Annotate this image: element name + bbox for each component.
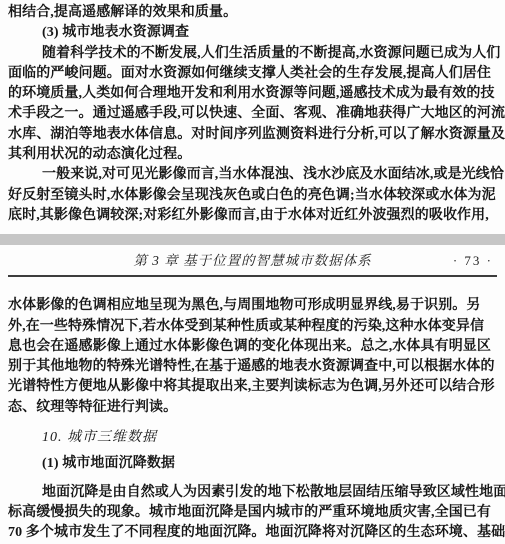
text-line: 其利用状况的动态演化过程。	[8, 145, 497, 165]
section-heading: 10. 城市三维数据	[8, 428, 497, 448]
text-line: 术手段之一。通过遥感手段,可以快速、全面、客观、准确地获得广大地区的河流、	[8, 104, 497, 124]
text-line: 光谱特性方便地从影像中将其提取出来,主要判读标志为色调,另外还可以结合形	[8, 377, 497, 397]
scanned-book-page: 相结合,提高遥感解译的效果和质量。 (3) 城市地表水资源调查 随着科学技术的不…	[0, 0, 505, 544]
page-bottom-content: 水体影像的色调相应地呈现为黑色,与周围地物可形成明显界线,易于识别。另 外,在一…	[0, 277, 505, 543]
text-line: 别于其他地物的特殊光谱特性,在基于遥感的地表水资源调查中,可以根据水体的	[8, 357, 497, 377]
text-line: 面临的严峻问题。面对水资源如何继续支撑人类社会的生存发展,提高人们居住	[8, 64, 497, 84]
text-line: 地面沉降是由自然或人为因素引发的地下松散地层固结压缩导致区域性地面	[8, 483, 497, 503]
text-line: 态、纹理等特征进行判读。	[8, 398, 497, 418]
text-line: 一般来说,对可见光影像而言,当水体混浊、浅水沙底及水面结冰,或是光线恰	[8, 165, 497, 185]
text-line: 好反射至镜头时,水体影像会呈现浅灰色或白色的亮色调;当水体较深或水体为泥	[8, 186, 497, 206]
text-line: 外,在一些特殊情况下,若水体受到某种性质或某种程度的污染,这种水体变异信	[8, 317, 497, 337]
running-header: 第 3 章 基于位置的智慧城市数据体系 · 73 ·	[0, 251, 505, 271]
page-gutter-divider	[0, 234, 505, 245]
text-line: 的环境质量,人类如何合理地开发和利用水资源等问题,遥感技术成为最有效的技	[8, 84, 497, 104]
text-line: 底时,其影像色调较深;对彩红外影像而言,由于水体对近红外波强烈的吸收作用,	[8, 206, 497, 226]
chapter-title: 第 3 章 基于位置的智慧城市数据体系	[133, 253, 371, 268]
text-line: 息也会在遥感影像上通过水体影像色调的变化体现出来。总之,水体具有明显区	[8, 337, 497, 357]
text-line: 70 多个城市发生了不同程度的地面沉降。地面沉降将对沉降区的生态环境、基础	[8, 523, 497, 543]
text-line: 随着科学技术的不断发展,人们生活质量的不断提高,水资源问题已成为人们	[8, 44, 497, 64]
text-line: 标高缓慢损失的现象。城市地面沉降是国内城市的严重环境地质灾害,全国已有	[8, 503, 497, 523]
list-item-heading: (3) 城市地表水资源调查	[8, 23, 497, 43]
subsection-heading: (1) 城市地面沉降数据	[8, 454, 497, 474]
page-number: · 73 ·	[453, 251, 493, 271]
page-top-content: 相结合,提高遥感解译的效果和质量。 (3) 城市地表水资源调查 随着科学技术的不…	[0, 0, 505, 226]
text-line: 水体影像的色调相应地呈现为黑色,与周围地物可形成明显界线,易于识别。另	[8, 296, 497, 316]
text-line: 水库、湖泊等地表水体信息。对时间序列监测资料进行分析,可以了解水资源量及	[8, 125, 497, 145]
text-line: 相结合,提高遥感解译的效果和质量。	[8, 3, 497, 23]
